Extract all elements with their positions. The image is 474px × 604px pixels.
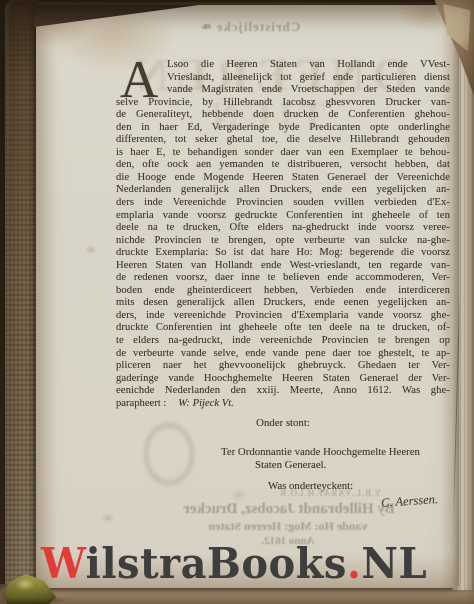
watermark-mid-text: ilstraBooks [86,539,347,589]
body-text-line: is haer E, te behandigen sonder daer van… [116,147,450,160]
watermark-letter-w: W [41,539,86,589]
body-text-block: Lsoo die Heeren Staten van Hollandt ende… [116,59,450,410]
body-final-line: parapheert :W: Pijeck Vt. [116,398,450,411]
body-text-line: den, ofte oock aen yemanden te distribue… [116,159,450,172]
body-text-line: de redenen voorsz, daer inne te believen… [116,272,450,285]
body-text-line: eenichde Nederlanden den xxiij. Meerte, … [116,385,450,398]
body-text-line: mits desen generalijck allen Druckers, e… [116,297,450,310]
was-onderteyckent-line: Was onderteyckent: [268,480,353,492]
handwritten-signature: C. Aerssen. [381,493,439,509]
body-text-line: differenten, tot seker ghetal toe, die d… [116,134,450,147]
paraph-label: parapheert : [116,398,166,409]
body-text-line: de verbeurte vande selve, ende vande pen… [116,348,450,361]
body-text-line: druckte Conferentien int gheheele ofte t… [116,322,450,335]
page-top-edge [36,2,460,5]
body-text-line: ders, inde vereenichde Provincien d'Exem… [116,310,450,323]
body-text-line: Heeren Staten van Hollandt ende West-vri… [116,260,450,273]
body-text-line: boden ende gheinterdiceert hebben, Verbi… [116,285,450,298]
body-text-line: te elders na-gedruckt, inde vereenichde … [116,335,450,348]
body-text-line: gaderinge vande Hoochghemelte Heeren Sta… [116,373,450,386]
body-text-line: Nederlanden generalijck allen Druckers, … [116,184,450,197]
paraph-signature: W: Pijeck Vt. [178,398,234,409]
body-text-lines: Lsoo die Heeren Staten van Hollandt ende… [116,59,450,398]
body-text-line: emplaria vande voorsz gedruckte Conferen… [116,210,450,223]
body-text-line: selve Provincie, by Hillebrandt Iacobsz … [116,97,450,110]
body-text-line: den in haer Ed, Vergaderinge byde Predic… [116,122,450,135]
body-text-line: nichde Provincien te brengen, opte verbe… [116,235,450,248]
watermark-dot: . [347,539,361,589]
body-text-line: Lsoo die Heeren Staten van Hollandt ende… [116,59,450,72]
body-text-line: Vrieslandt, alleenelijck tot gerief ende… [116,72,450,85]
antique-book-photo: Christelijcke ❧ ONFEREN TIEN Y.B.L.VARAF… [0,0,474,604]
watermark-tld: NL [361,539,427,589]
book-spine-binding [5,0,38,596]
body-text-line: druckte Exemplaria: So ist dat hare Ho: … [116,247,450,260]
body-text-line: die Hooge ende Mogende Heeren Staten Gen… [116,172,450,185]
body-text-line: vande Magistraten ende Vroetschappen der… [116,84,450,97]
body-text-line: ders inde Vereenichde Provincien souden … [116,197,450,210]
body-text-line: de Generaliteyt, hebbende doen drucken d… [116,109,450,122]
watermark-wilstrabooks: WilstraBooks.NL [0,541,468,588]
body-text-line: deele na te drucken, Ofte elders na-ghed… [116,222,450,235]
ordonnantie-line-1: Ter Ordonnantie vande Hoochgemelte Heere… [221,446,420,458]
onder-stont-line: Onder stont: [116,417,450,429]
body-text-line: pliceren naer het ghevvoonelijck ghebruy… [116,360,450,373]
ordonnantie-line-2: Staten Generael. [255,459,326,471]
